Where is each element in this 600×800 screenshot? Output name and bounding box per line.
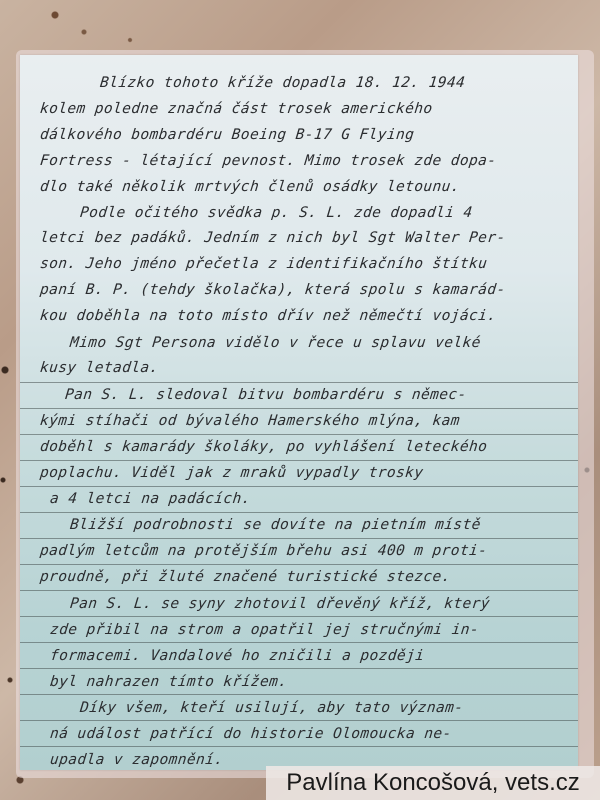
- ruled-line: [20, 590, 578, 591]
- note-line: Mimo Sgt Persona vidělo v řece u splavu …: [69, 335, 482, 351]
- note-line: son. Jeho jméno přečetla z identifikační…: [39, 256, 488, 272]
- note-line: kými stíhači od bývalého Hamerského mlýn…: [39, 413, 461, 429]
- ruled-line: [20, 694, 578, 695]
- ruled-line: [20, 538, 578, 539]
- note-line: Pan S. L. sledoval bitvu bombardéru s ně…: [64, 387, 467, 403]
- note-line: paní B. P. (tehdy školačka), která spolu…: [39, 282, 506, 298]
- note-line: ná událost patřící do historie Olomoucka…: [49, 726, 452, 742]
- ruled-line: [20, 512, 578, 513]
- handwritten-note: Blízko tohoto kříže dopadla 18. 12. 1944…: [20, 55, 578, 770]
- note-line: Pan S. L. se syny zhotovil dřevěný kříž,…: [69, 596, 491, 612]
- ruled-line: [20, 564, 578, 565]
- note-line: kou doběhla na toto místo dřív než němeč…: [39, 308, 497, 324]
- note-line: padlým letcům na protějším břehu asi 400…: [39, 543, 488, 559]
- note-line: Fortress - létající pevnost. Mimo trosek…: [39, 153, 497, 169]
- ruled-line: [20, 486, 578, 487]
- ruled-line: [20, 434, 578, 435]
- note-line: dlo také několik mrtvých členů osádky le…: [39, 179, 461, 195]
- ruled-line: [20, 642, 578, 643]
- note-line: zde přibil na strom a opatřil jej stručn…: [49, 622, 480, 638]
- ruled-line: [20, 382, 578, 383]
- ruled-line: [20, 720, 578, 721]
- note-line: poplachu. Viděl jak z mraků vypadly tros…: [39, 465, 424, 481]
- note-line: Díky všem, kteří usilují, aby tato význa…: [79, 700, 464, 716]
- note-line: formacemi. Vandalové ho zničili a pozděj…: [49, 648, 425, 664]
- note-line: Blízko tohoto kříže dopadla 18. 12. 1944: [99, 75, 466, 91]
- note-line: letci bez padáků. Jedním z nich byl Sgt …: [39, 230, 506, 246]
- note-line: upadla v zapomnění.: [49, 752, 224, 768]
- ruled-line: [20, 746, 578, 747]
- ruled-line: [20, 616, 578, 617]
- note-line: byl nahrazen tímto křížem.: [49, 674, 288, 690]
- note-line: dálkového bombardéru Boeing B-17 G Flyin…: [39, 127, 415, 143]
- photo-credit: Pavlína Koncošová, vets.cz: [266, 766, 600, 800]
- ruled-line: [20, 408, 578, 409]
- note-line: kolem poledne značná část trosek americk…: [39, 101, 433, 117]
- note-line: doběhl s kamarády školáky, po vyhlášení …: [39, 439, 488, 455]
- note-line: kusy letadla.: [39, 360, 159, 376]
- note-line: Bližší podrobnosti se dovíte na pietním …: [69, 517, 482, 533]
- note-line: proudně, při žluté značené turistické st…: [39, 569, 452, 585]
- ruled-line: [20, 460, 578, 461]
- note-line: Podle očitého svědka p. S. L. zde dopadl…: [79, 205, 473, 221]
- note-line: a 4 letci na padácích.: [49, 491, 252, 507]
- ruled-line: [20, 668, 578, 669]
